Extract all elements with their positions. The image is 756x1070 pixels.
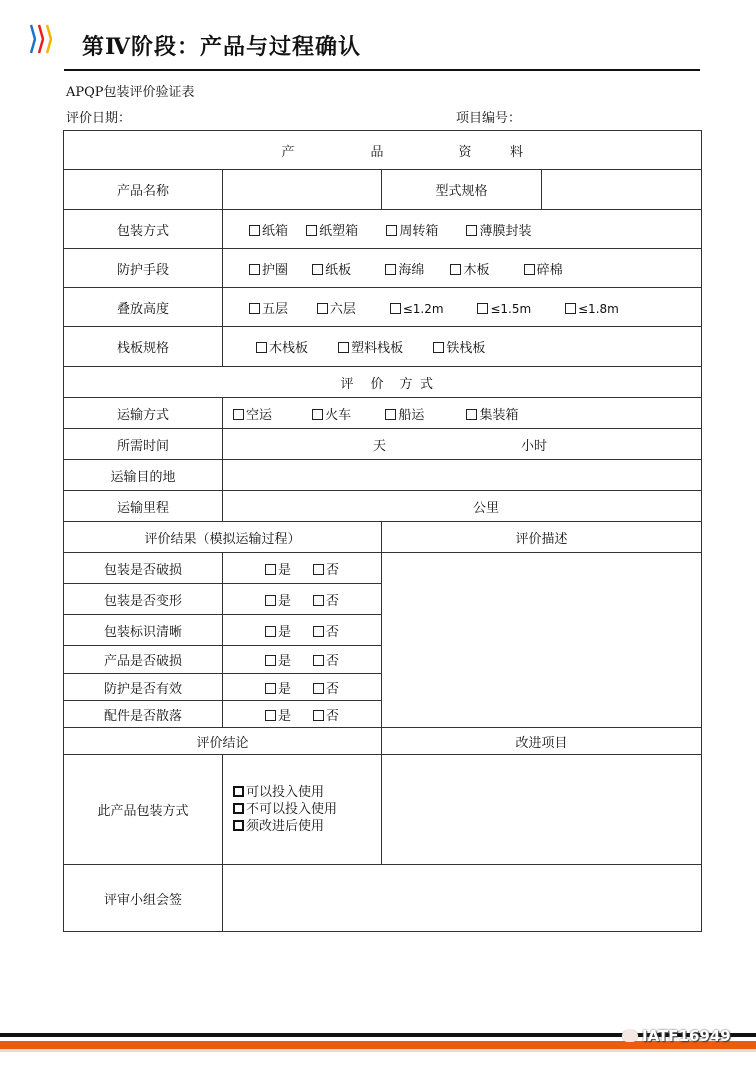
stack-height-label: 叠放高度 <box>64 288 223 327</box>
checkbox-icon[interactable] <box>386 225 397 236</box>
checkbox-option[interactable]: 纸板 <box>312 259 351 278</box>
result-item-label: 配件是否散落 <box>64 701 223 728</box>
evaluation-form-table: 产品资料 产品名称 型式规格 包装方式 纸箱 纸塑箱 周转箱 薄膜封装 防护手段… <box>63 130 702 932</box>
checkbox-option[interactable]: ≤1.2m <box>390 302 444 316</box>
time-needed-field[interactable]: 天小时 <box>223 429 702 460</box>
checkbox-icon[interactable] <box>312 264 323 275</box>
distance-field[interactable]: 公里 <box>223 491 702 522</box>
checkbox-icon[interactable] <box>265 710 276 721</box>
checkbox-icon[interactable] <box>433 342 444 353</box>
packaging-method-label: 包装方式 <box>64 210 223 249</box>
destination-row: 运输目的地 <box>64 460 702 491</box>
yes-checkbox[interactable]: 是 <box>265 650 291 669</box>
checkbox-option[interactable]: 海绵 <box>385 259 424 278</box>
checkbox-icon[interactable] <box>256 342 267 353</box>
yes-no-options: 是否 <box>223 701 382 728</box>
checkbox-icon[interactable] <box>313 683 324 694</box>
title-char: 价 <box>362 373 392 392</box>
destination-label: 运输目的地 <box>64 460 223 491</box>
conclusion-header: 评价结论 <box>64 728 382 755</box>
checkbox-icon[interactable] <box>390 303 401 314</box>
checkbox-icon[interactable] <box>233 786 244 797</box>
title-char: 产 <box>242 141 334 160</box>
checkbox-icon[interactable] <box>249 225 260 236</box>
checkbox-option[interactable]: 碎棉 <box>524 259 563 278</box>
checkbox-icon[interactable] <box>313 595 324 606</box>
checkbox-icon[interactable] <box>233 409 244 420</box>
protection-row: 防护手段 护圈 纸板 海绵 木板 碎棉 <box>64 249 702 288</box>
checkbox-option[interactable]: 塑料栈板 <box>338 337 403 356</box>
checkbox-icon[interactable] <box>313 564 324 575</box>
checkbox-option[interactable]: ≤1.5m <box>477 302 531 316</box>
yes-no-options: 是否 <box>223 584 382 615</box>
no-checkbox[interactable]: 否 <box>313 650 339 669</box>
km-unit: 公里 <box>473 501 499 516</box>
checkbox-icon[interactable] <box>306 225 317 236</box>
stack-height-row: 叠放高度 五层 六层 ≤1.2m ≤1.5m ≤1.8m <box>64 288 702 327</box>
conclusion-row: 此产品包装方式 可以投入使用 不可以投入使用 须改进后使用 <box>64 755 702 865</box>
wechat-icon <box>622 1030 638 1042</box>
eval-date-label: 评价日期： <box>66 107 131 126</box>
checkbox-option[interactable]: 木板 <box>450 259 489 278</box>
no-checkbox[interactable]: 否 <box>313 590 339 609</box>
title-divider <box>64 69 700 71</box>
checkbox-option[interactable]: 集装箱 <box>466 404 518 423</box>
checkbox-icon[interactable] <box>477 303 488 314</box>
checkbox-icon[interactable] <box>385 409 396 420</box>
checkbox-option[interactable]: 纸箱 <box>249 220 288 239</box>
transport-mode-label: 运输方式 <box>64 398 223 429</box>
checkbox-option[interactable]: 空运 <box>233 404 272 423</box>
hour-unit: 小时 <box>521 439 547 454</box>
title-char: 品 <box>334 141 420 160</box>
checkbox-icon[interactable] <box>313 655 324 666</box>
yes-no-options: 是否 <box>223 615 382 646</box>
checkbox-icon[interactable] <box>249 264 260 275</box>
packaging-method-row: 包装方式 纸箱 纸塑箱 周转箱 薄膜封装 <box>64 210 702 249</box>
checkbox-icon[interactable] <box>466 409 477 420</box>
no-checkbox[interactable]: 否 <box>313 621 339 640</box>
checkbox-icon[interactable] <box>450 264 461 275</box>
watermark-text: IATF16949 <box>642 1027 731 1045</box>
checkbox-icon[interactable] <box>265 626 276 637</box>
signoff-field[interactable] <box>223 865 702 932</box>
result-item-label: 包装是否破损 <box>64 553 223 584</box>
logo-chevron-blue-icon <box>30 24 36 54</box>
checkbox-icon[interactable] <box>265 595 276 606</box>
destination-field[interactable] <box>223 460 702 491</box>
description-header: 评价描述 <box>382 522 702 553</box>
signoff-label: 评审小组会签 <box>64 865 223 932</box>
no-checkbox[interactable]: 否 <box>313 559 339 578</box>
conclusion-row-label: 此产品包装方式 <box>64 755 223 865</box>
checkbox-icon[interactable] <box>233 803 244 814</box>
transport-mode-options: 空运 火车 船运 集装箱 <box>223 398 702 429</box>
footer-shadow <box>0 1049 756 1052</box>
distance-label: 运输里程 <box>64 491 223 522</box>
checkbox-icon[interactable] <box>524 264 535 275</box>
checkbox-icon[interactable] <box>313 710 324 721</box>
result-item-label: 包装是否变形 <box>64 584 223 615</box>
checkbox-option[interactable]: 护圈 <box>249 259 288 278</box>
checkbox-icon[interactable] <box>265 564 276 575</box>
title-char: 方 <box>392 373 420 392</box>
eval-method-section-title: 评价方式 <box>64 367 702 398</box>
checkbox-option[interactable]: ≤1.8m <box>565 302 619 316</box>
result-row: 包装是否破损 是否 <box>64 553 702 584</box>
no-checkbox[interactable]: 否 <box>313 678 339 697</box>
yes-checkbox[interactable]: 是 <box>265 559 291 578</box>
product-name-field[interactable] <box>223 170 382 210</box>
pallet-spec-options: 木栈板 塑料栈板 铁栈板 <box>223 327 702 367</box>
title-char: 资 <box>420 141 510 160</box>
pallet-spec-row: 栈板规格 木栈板 塑料栈板 铁栈板 <box>64 327 702 367</box>
checkbox-option[interactable]: 纸塑箱 <box>306 220 358 239</box>
result-header: 评价结果（模拟运输过程） <box>64 522 382 553</box>
project-no-label: 项目编号： <box>456 107 521 126</box>
pallet-spec-label: 栈板规格 <box>64 327 223 367</box>
protection-options: 护圈 纸板 海绵 木板 碎棉 <box>223 249 702 288</box>
checkbox-icon[interactable] <box>313 626 324 637</box>
logo-chevron-red-icon <box>38 24 44 54</box>
yes-no-options: 是否 <box>223 674 382 701</box>
yes-no-options: 是否 <box>223 646 382 674</box>
result-item-label: 包装标识清晰 <box>64 615 223 646</box>
stack-height-options: 五层 六层 ≤1.2m ≤1.5m ≤1.8m <box>223 288 702 327</box>
watermark: IATF16949 <box>622 1027 731 1045</box>
checkbox-icon[interactable] <box>233 820 244 831</box>
product-name-row: 产品名称 型式规格 <box>64 170 702 210</box>
checkbox-option[interactable]: 五层 <box>249 298 288 317</box>
transport-mode-row: 运输方式 空运 火车 船运 集装箱 <box>64 398 702 429</box>
form-subtitle: APQP包装评价验证表 <box>66 81 195 100</box>
checkbox-icon[interactable] <box>385 264 396 275</box>
checkbox-option[interactable]: 木栈板 <box>256 337 308 356</box>
time-needed-label: 所需时间 <box>64 429 223 460</box>
conclusion-header-row: 评价结论 改进项目 <box>64 728 702 755</box>
checkbox-option[interactable]: 铁栈板 <box>433 337 485 356</box>
conclusion-option[interactable]: 不可以投入使用 <box>233 801 381 818</box>
title-char: 式 <box>420 377 433 392</box>
description-field[interactable] <box>382 553 702 728</box>
product-name-label: 产品名称 <box>64 170 223 210</box>
yes-checkbox[interactable]: 是 <box>265 678 291 697</box>
checkbox-option[interactable]: 薄膜封装 <box>466 220 531 239</box>
protection-label: 防护手段 <box>64 249 223 288</box>
product-info-section-title: 产品资料 <box>64 131 702 170</box>
logo-chevron-yellow-icon <box>46 24 52 54</box>
yes-checkbox[interactable]: 是 <box>265 621 291 640</box>
result-item-label: 防护是否有效 <box>64 674 223 701</box>
checkbox-icon[interactable] <box>466 225 477 236</box>
checkbox-icon[interactable] <box>317 303 328 314</box>
day-unit: 天 <box>373 435 521 454</box>
checkbox-icon[interactable] <box>338 342 349 353</box>
page-title: 第Ⅳ阶段：产品与过程确认 <box>82 30 361 61</box>
checkbox-icon[interactable] <box>565 303 576 314</box>
improvement-header: 改进项目 <box>382 728 702 755</box>
distance-row: 运输里程 公里 <box>64 491 702 522</box>
signoff-row: 评审小组会签 <box>64 865 702 932</box>
checkbox-icon[interactable] <box>249 303 260 314</box>
packaging-method-options: 纸箱 纸塑箱 周转箱 薄膜封装 <box>223 210 702 249</box>
results-header-row: 评价结果（模拟运输过程） 评价描述 <box>64 522 702 553</box>
model-spec-field[interactable] <box>542 170 702 210</box>
no-checkbox[interactable]: 否 <box>313 705 339 724</box>
checkbox-icon[interactable] <box>265 655 276 666</box>
checkbox-option[interactable]: 周转箱 <box>386 220 438 239</box>
checkbox-option[interactable]: 六层 <box>317 298 356 317</box>
model-spec-label: 型式规格 <box>382 170 542 210</box>
title-char: 评 <box>332 373 362 392</box>
yes-no-options: 是否 <box>223 553 382 584</box>
conclusion-option[interactable]: 须改进后使用 <box>233 818 381 835</box>
eval-method-header-row: 评价方式 <box>64 367 702 398</box>
checkbox-icon[interactable] <box>265 683 276 694</box>
yes-checkbox[interactable]: 是 <box>265 590 291 609</box>
checkbox-option[interactable]: 火车 <box>312 404 351 423</box>
product-info-header-row: 产品资料 <box>64 131 702 170</box>
title-char: 料 <box>510 145 523 160</box>
conclusion-option[interactable]: 可以投入使用 <box>233 784 381 801</box>
yes-checkbox[interactable]: 是 <box>265 705 291 724</box>
result-item-label: 产品是否破损 <box>64 646 223 674</box>
conclusion-options: 可以投入使用 不可以投入使用 须改进后使用 <box>223 755 382 865</box>
improvement-field[interactable] <box>382 755 702 865</box>
checkbox-option[interactable]: 船运 <box>385 404 424 423</box>
time-needed-row: 所需时间 天小时 <box>64 429 702 460</box>
checkbox-icon[interactable] <box>312 409 323 420</box>
